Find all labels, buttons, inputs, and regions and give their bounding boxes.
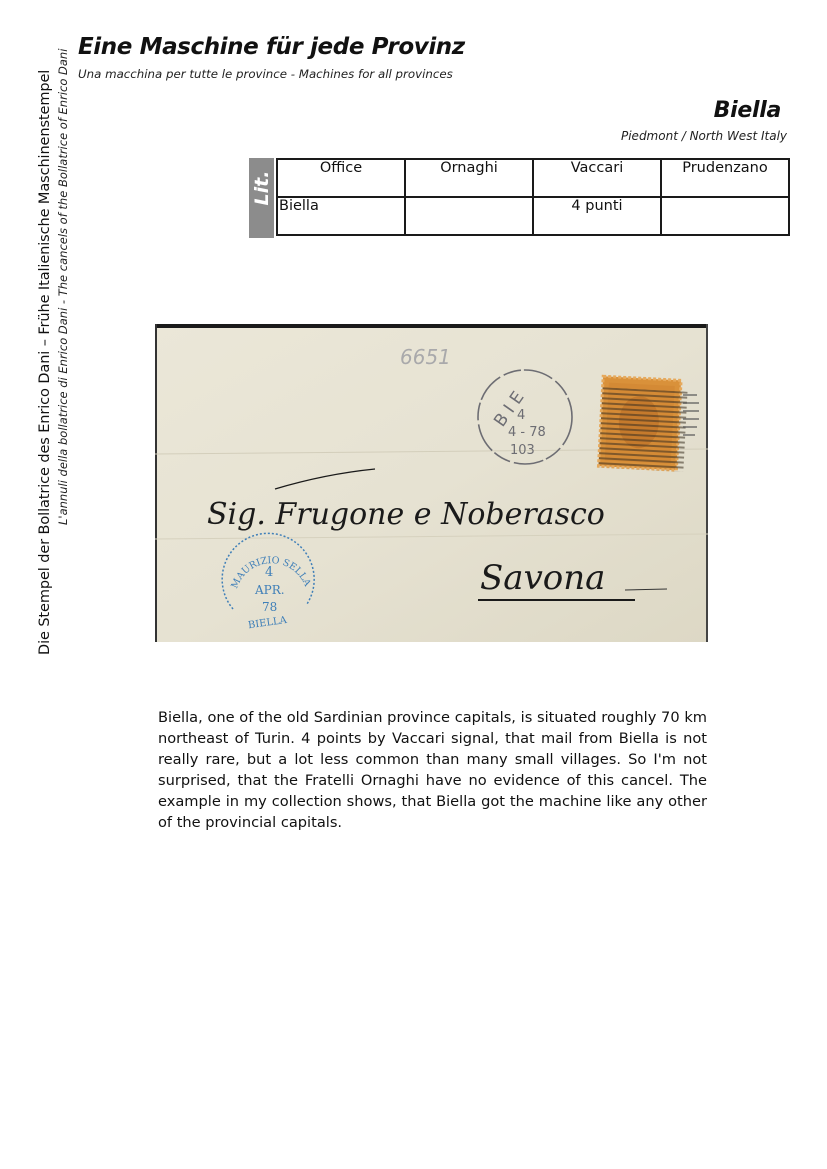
- column-header: Office: [277, 159, 405, 197]
- address-line-2: Savona: [480, 558, 605, 598]
- column-header: Ornaghi: [405, 159, 533, 197]
- pencil-note: 6651: [400, 345, 451, 369]
- literature-label: Lit.: [249, 158, 274, 238]
- table-cell: Biella: [277, 197, 405, 235]
- postage-stamp-icon: [598, 376, 688, 471]
- sidebar-main-title: Die Stempel der Bollatrice des Enrico Da…: [37, 70, 53, 655]
- cover-image: 6651 B I E 4 4 - 78 103 Sig. Frugone e N…: [155, 324, 708, 642]
- table-row: Biella 4 punti: [277, 197, 789, 235]
- sidebar-subtitle: L'annuli della bollatrice di Enrico Dani…: [56, 49, 70, 525]
- svg-text:78: 78: [262, 600, 277, 614]
- literature-label-text: Lit.: [251, 158, 273, 218]
- table-cell: [405, 197, 533, 235]
- table-cell: [661, 197, 789, 235]
- svg-text:103: 103: [510, 443, 535, 458]
- address-line-1: Sig. Frugone e Noberasco: [207, 497, 605, 532]
- column-header: Prudenzano: [661, 159, 789, 197]
- location-name: Biella: [714, 98, 781, 123]
- description-paragraph: Biella, one of the old Sardinian provinc…: [158, 707, 707, 833]
- location-region: Piedmont / North West Italy: [621, 129, 787, 143]
- sidebar: Die Stempel der Bollatrice des Enrico Da…: [0, 0, 70, 680]
- table-cell: 4 punti: [533, 197, 661, 235]
- svg-text:4: 4: [517, 408, 525, 423]
- svg-text:4: 4: [265, 565, 273, 580]
- page-subtitle: Una macchina per tutte le province - Mac…: [78, 67, 453, 81]
- table-header-row: Office Ornaghi Vaccari Prudenzano: [277, 159, 789, 197]
- literature-table: Office Ornaghi Vaccari Prudenzano Biella…: [276, 158, 790, 236]
- svg-text:APR.: APR.: [254, 583, 285, 597]
- column-header: Vaccari: [533, 159, 661, 197]
- svg-text:4 - 78: 4 - 78: [508, 425, 546, 440]
- page-title: Eine Maschine für jede Provinz: [78, 34, 465, 60]
